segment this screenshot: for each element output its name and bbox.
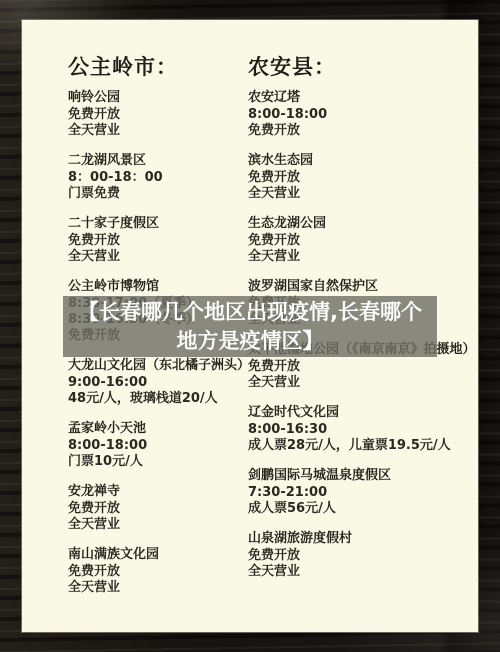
attraction-entry: 响铃公园免费开放全天营业 xyxy=(68,88,244,139)
attraction-entry: 二十家子度假区免费开放全天营业 xyxy=(68,214,244,265)
attraction-name: 南山满族文化园 xyxy=(68,545,244,564)
attraction-detail: 全天营业 xyxy=(248,186,462,202)
attraction-entry: 辽金时代文化园8:00-16:30成人票28元/人，儿童票19.5元/人 xyxy=(248,403,462,454)
attraction-detail: 成人票56元/人 xyxy=(248,501,462,517)
attraction-name: 剑鹏国际马城温泉度假区 xyxy=(248,466,462,485)
attraction-detail: 门票免费 xyxy=(68,186,244,202)
caption-overlay: 【长春哪几个地区出现疫情,长春哪个 地方是疫情区】 xyxy=(63,296,437,357)
attraction-entry: 二龙湖风景区8：00-18：00门票免费 xyxy=(68,151,244,202)
attraction-detail: 9:00-16:00 xyxy=(68,375,244,391)
attraction-detail: 免费开放 xyxy=(248,170,462,186)
caption-line-1: 【长春哪几个地区出现疫情,长春哪个 xyxy=(78,298,422,327)
attraction-detail: 8:00-18:00 xyxy=(68,438,244,454)
attraction-detail: 全天营业 xyxy=(248,375,462,391)
attraction-name: 安龙禅寺 xyxy=(68,482,244,501)
attraction-entry: 剑鹏国际马城温泉度假区7:30-21:00成人票56元/人 xyxy=(248,466,462,517)
attraction-entry: 滨水生态园免费开放全天营业 xyxy=(248,151,462,202)
attraction-detail: 全天营业 xyxy=(68,249,244,265)
attraction-name: 山泉湖旅游度假村 xyxy=(248,529,462,548)
column-header-nongan: 农安县： xyxy=(248,52,462,82)
attractions-card: 公主岭市： 响铃公园免费开放全天营业二龙湖风景区8：00-18：00门票免费二十… xyxy=(22,20,478,632)
attraction-detail: 全天营业 xyxy=(68,517,244,533)
attraction-name: 孟家岭小天池 xyxy=(68,419,244,438)
attraction-detail: 免费开放 xyxy=(248,233,462,249)
attraction-detail: 全天营业 xyxy=(248,249,462,265)
attraction-name: 大龙山文化园（东北橘子洲头） xyxy=(68,356,244,375)
attraction-detail: 全天营业 xyxy=(68,580,244,596)
page-background: 公主岭市： 响铃公园免费开放全天营业二龙湖风景区8：00-18：00门票免费二十… xyxy=(0,0,500,652)
attraction-detail: 成人票28元/人，儿童票19.5元/人 xyxy=(248,438,462,454)
attraction-detail: 全天营业 xyxy=(68,123,244,139)
attraction-detail: 免费开放 xyxy=(248,359,462,375)
attraction-name: 二龙湖风景区 xyxy=(68,151,244,170)
attraction-detail: 7:30-21:00 xyxy=(248,485,462,501)
attraction-name: 生态龙湖公园 xyxy=(248,214,462,233)
attraction-detail: 免费开放 xyxy=(68,107,244,123)
attraction-name: 波罗湖国家自然保护区 xyxy=(248,277,462,296)
attraction-detail: 8:00-16:30 xyxy=(248,422,462,438)
caption-line-2: 地方是疫情区】 xyxy=(177,327,324,356)
attraction-detail: 免费开放 xyxy=(68,564,244,580)
attraction-detail: 8：00-18：00 xyxy=(68,170,244,186)
attraction-detail: 8:00-18:00 xyxy=(248,107,462,123)
attraction-detail: 门票10元/人 xyxy=(68,454,244,470)
attraction-entry: 山泉湖旅游度假村免费开放全天营业 xyxy=(248,529,462,580)
attraction-name: 农安辽塔 xyxy=(248,88,462,107)
attraction-detail: 免费开放 xyxy=(68,501,244,517)
attraction-detail: 全天营业 xyxy=(248,564,462,580)
attraction-entry: 安龙禅寺免费开放全天营业 xyxy=(68,482,244,533)
attraction-detail: 48元/人，玻璃栈道20/人 xyxy=(68,391,244,407)
attraction-name: 响铃公园 xyxy=(68,88,244,107)
attraction-entry: 孟家岭小天池8:00-18:00门票10元/人 xyxy=(68,419,244,470)
attraction-detail: 免费开放 xyxy=(68,233,244,249)
column-header-gongzhuling: 公主岭市： xyxy=(68,52,244,82)
attraction-entry: 生态龙湖公园免费开放全天营业 xyxy=(248,214,462,265)
attraction-name: 公主岭市博物馆 xyxy=(68,277,244,296)
attraction-name: 二十家子度假区 xyxy=(68,214,244,233)
attraction-name: 滨水生态园 xyxy=(248,151,462,170)
attraction-entry: 农安辽塔8:00-18:00免费开放 xyxy=(248,88,462,139)
attraction-entry: 南山满族文化园免费开放全天营业 xyxy=(68,545,244,596)
attraction-detail: 免费开放 xyxy=(248,123,462,139)
attraction-detail: 免费开放 xyxy=(248,548,462,564)
attraction-entry: 大龙山文化园（东北橘子洲头）9:00-16:0048元/人，玻璃栈道20/人 xyxy=(68,356,244,407)
attraction-name: 辽金时代文化园 xyxy=(248,403,462,422)
